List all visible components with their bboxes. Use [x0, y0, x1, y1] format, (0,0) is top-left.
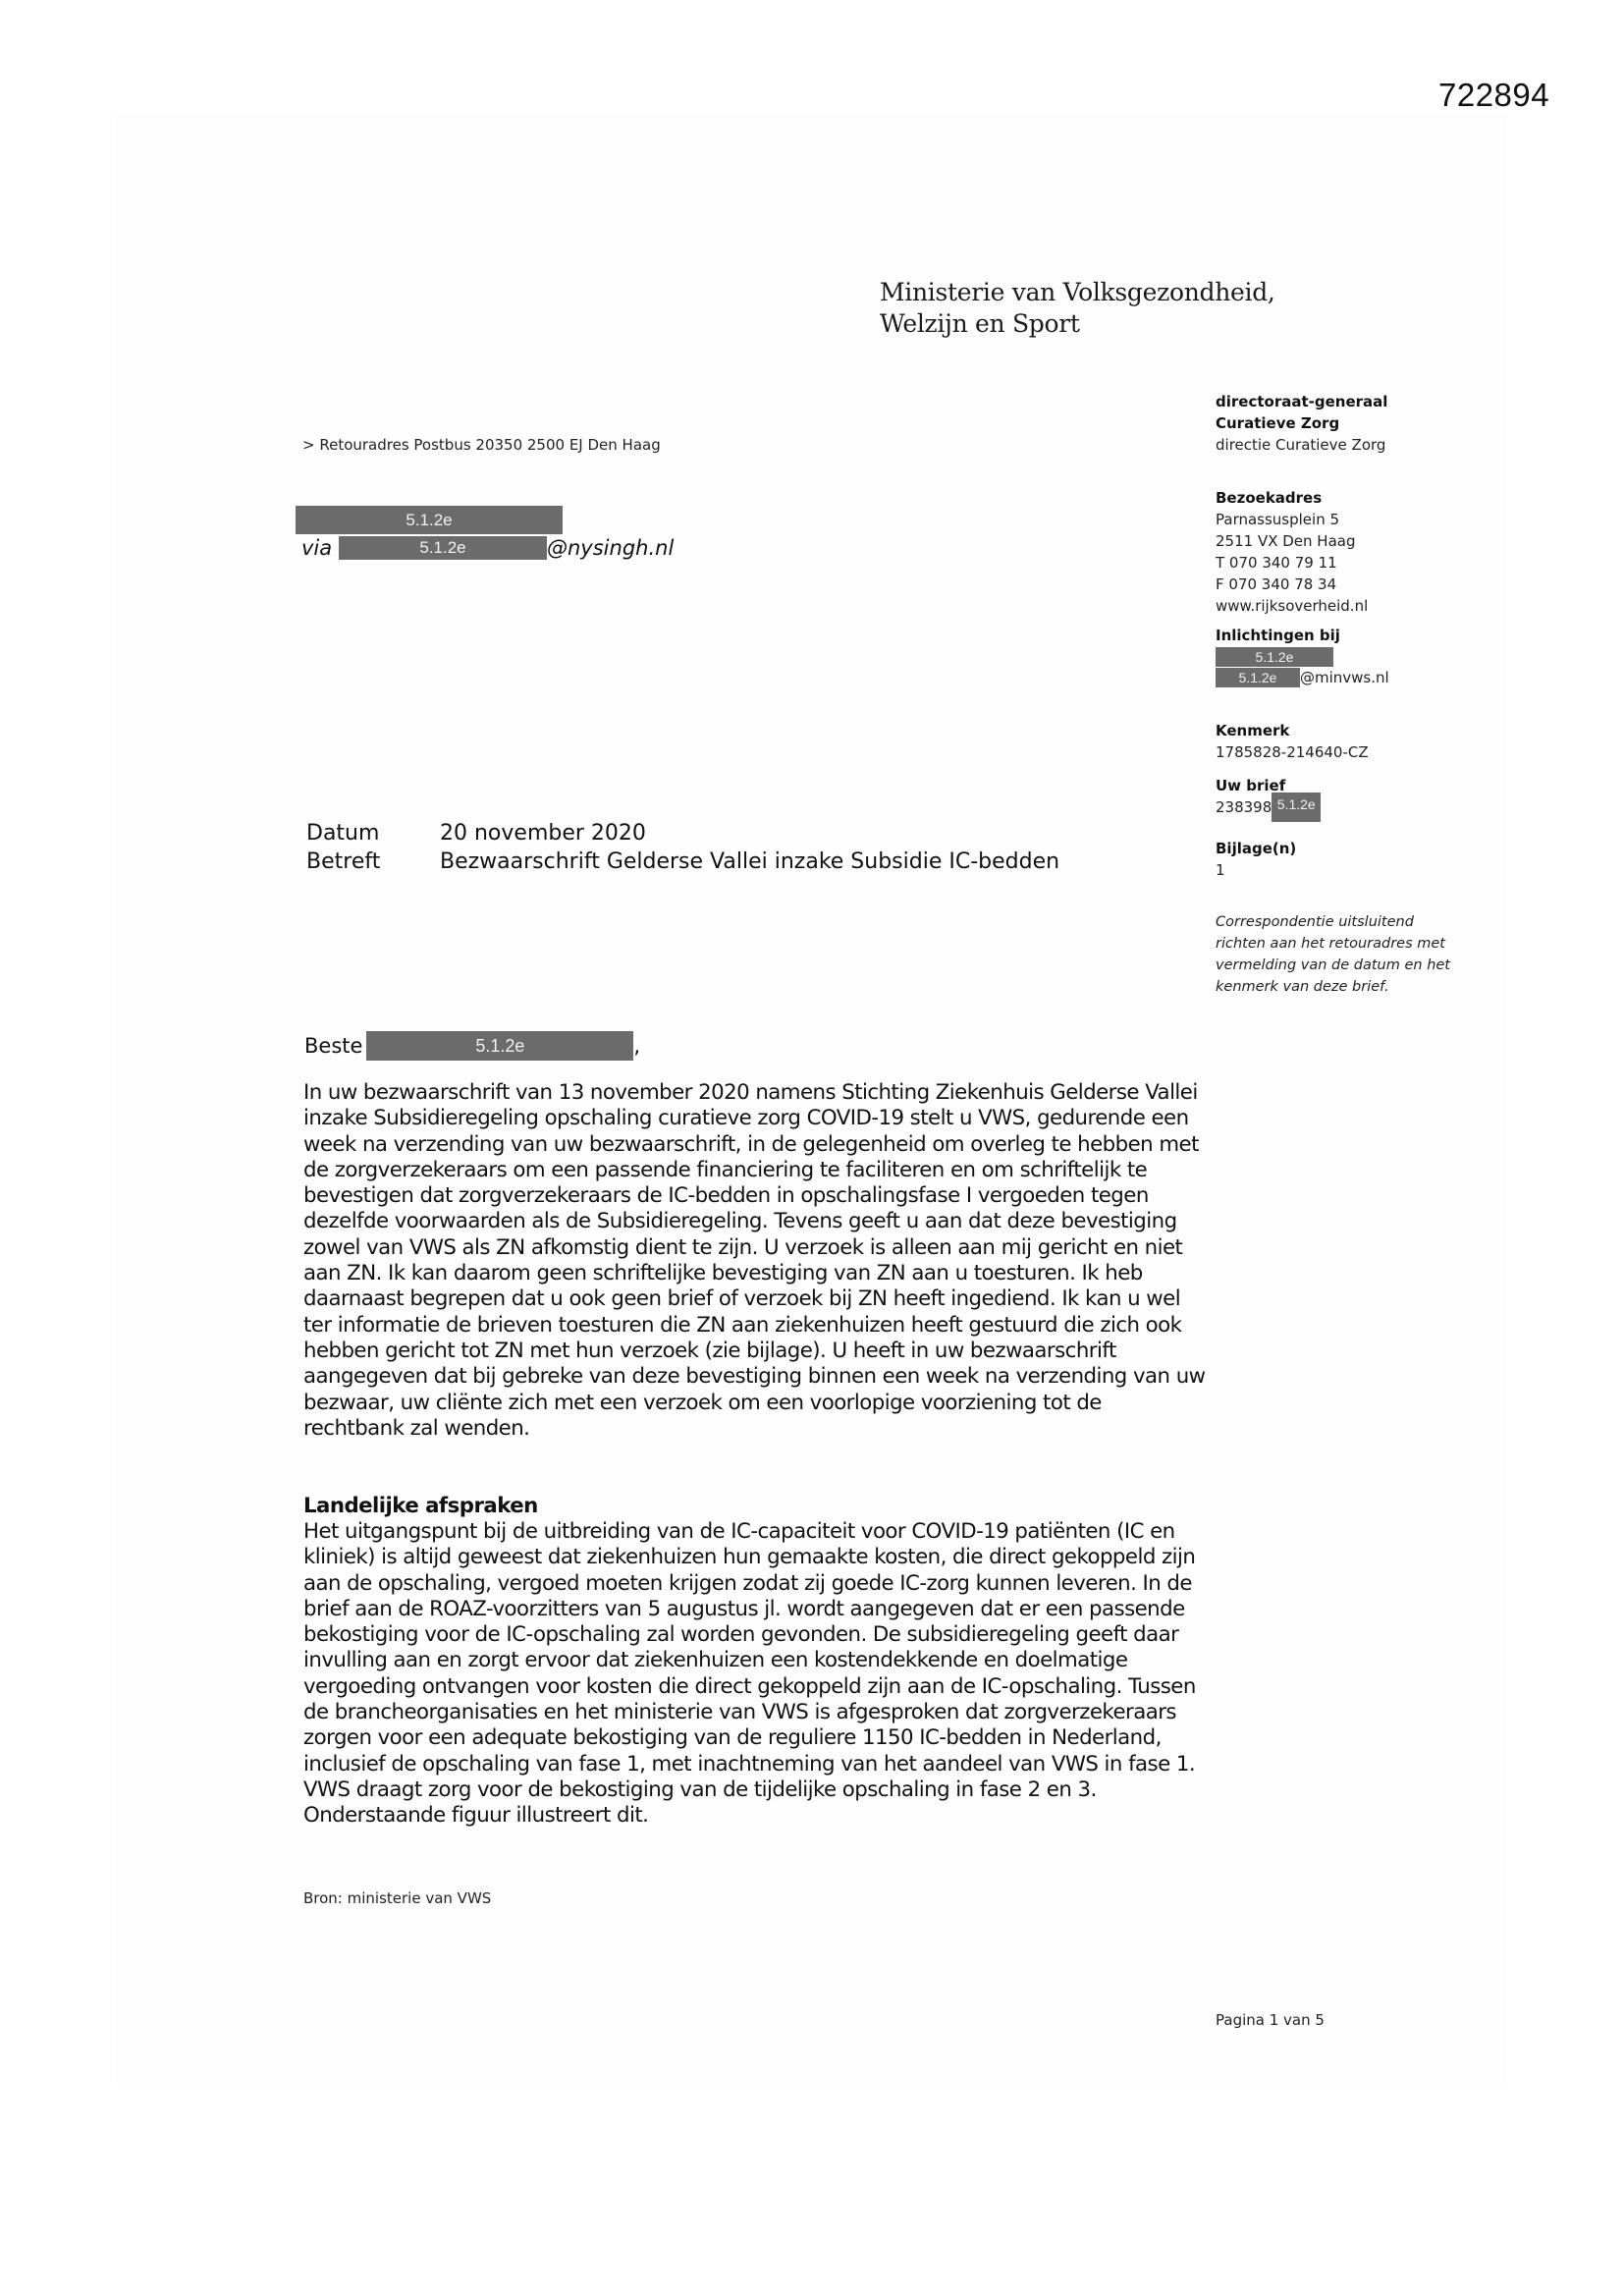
salutation-text: Beste	[304, 1034, 362, 1058]
section-heading-landelijke-afspraken: Landelijke afspraken	[303, 1494, 1207, 1519]
document-id: 722894	[1438, 77, 1549, 114]
sidebar-department: directoraat-generaal Curatieve Zorg dire…	[1216, 391, 1387, 456]
redacted-your-letter-suffix: 5.1.2e	[1272, 793, 1321, 822]
subject-row: Betreft Bezwaarschrift Gelderse Vallei i…	[306, 847, 1059, 876]
attachments-label: Bijlage(n)	[1216, 840, 1296, 857]
redacted-contact-email-user: 5.1.2e	[1216, 668, 1300, 687]
letterhead-line-2: Welzijn en Sport	[880, 308, 1275, 340]
contact-email-domain: @minvws.nl	[1300, 667, 1389, 688]
correspondence-note: Correspondentie uitsluitend richten aan …	[1216, 911, 1461, 998]
salutation-punct: ,	[633, 1034, 640, 1058]
ministry-letterhead: Ministerie van Volksgezondheid, Welzijn …	[880, 277, 1275, 340]
sidebar-attachments: Bijlage(n) 1	[1216, 838, 1296, 881]
your-letter-value: 238398	[1216, 796, 1272, 818]
sidebar-correspondence-note: Correspondentie uitsluitend richten aan …	[1216, 911, 1461, 998]
department-directorate: directie Curatieve Zorg	[1216, 434, 1387, 456]
letterhead-line-1: Ministerie van Volksgezondheid,	[880, 277, 1275, 308]
redacted-contact-name: 5.1.2e	[1216, 647, 1333, 667]
date-row: Datum 20 november 2020	[306, 819, 1059, 847]
salutation: Beste 5.1.2e ,	[304, 1031, 640, 1061]
figure-source: Bron: ministerie van VWS	[303, 1889, 491, 1907]
visit-address-fax: F 070 340 78 34	[1216, 574, 1368, 595]
reference-label: Kenmerk	[1216, 722, 1289, 739]
info-label: Inlichtingen bij	[1216, 627, 1340, 644]
addressee-email-line: via 5.1.2e @nysingh.nl	[296, 534, 674, 562]
visit-address-label: Bezoekadres	[1216, 489, 1322, 507]
redacted-salutation-name: 5.1.2e	[366, 1031, 633, 1061]
reference-value: 1785828-214640-CZ	[1216, 741, 1369, 763]
sidebar-your-letter: Uw brief 238398 5.1.2e	[1216, 775, 1321, 822]
sidebar-reference: Kenmerk 1785828-214640-CZ	[1216, 720, 1369, 763]
subject-value: Bezwaarschrift Gelderse Vallei inzake Su…	[440, 847, 1059, 876]
via-label: via	[296, 536, 339, 560]
date-label: Datum	[306, 819, 440, 847]
visit-address-phone: T 070 340 79 11	[1216, 552, 1368, 574]
visit-address-city: 2511 VX Den Haag	[1216, 530, 1368, 552]
redacted-addressee-name: 5.1.2e	[296, 506, 563, 534]
body-paragraph-1: In uw bezwaarschrift van 13 november 202…	[303, 1080, 1207, 1442]
body-paragraph-2: Het uitgangspunt bij de uitbreiding van …	[303, 1519, 1207, 1830]
return-address: > Retouradres Postbus 20350 2500 EJ Den …	[302, 436, 661, 454]
visit-address-street: Parnassusplein 5	[1216, 509, 1368, 530]
sidebar-info: Inlichtingen bij 5.1.2e 5.1.2e @minvws.n…	[1216, 625, 1389, 688]
sidebar-visit-address: Bezoekadres Parnassusplein 5 2511 VX Den…	[1216, 487, 1368, 617]
date-value: 20 november 2020	[440, 819, 646, 847]
attachments-value: 1	[1216, 859, 1296, 881]
subject-label: Betreft	[306, 847, 440, 876]
addressee-block: 5.1.2e via 5.1.2e @nysingh.nl	[296, 506, 674, 562]
letter-meta: Datum 20 november 2020 Betreft Bezwaarsc…	[306, 819, 1059, 876]
visit-address-website[interactable]: www.rijksoverheid.nl	[1216, 595, 1368, 617]
department-name: Curatieve Zorg	[1216, 414, 1339, 432]
page-number: Pagina 1 van 5	[1216, 2011, 1325, 2029]
email-domain: @nysingh.nl	[547, 536, 674, 560]
department-dg: directoraat-generaal	[1216, 393, 1387, 410]
redacted-email-user: 5.1.2e	[339, 536, 547, 560]
